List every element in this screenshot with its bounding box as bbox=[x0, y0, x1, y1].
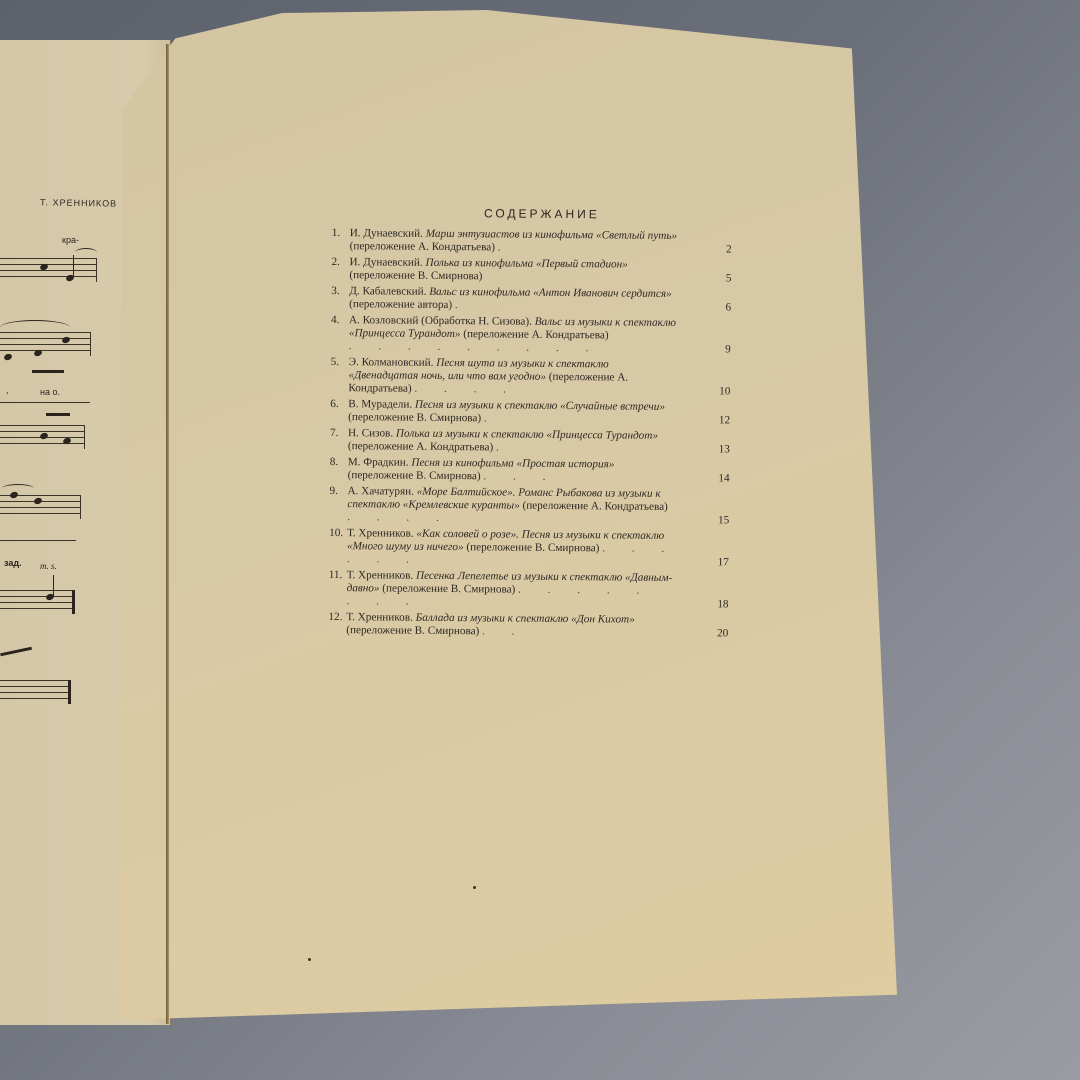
note-beam bbox=[46, 413, 70, 416]
toc-entry: 9. А. Хачатурян. «Море Балтийское». Рома… bbox=[329, 485, 729, 527]
music-note bbox=[3, 353, 13, 361]
page-number: 12 bbox=[680, 414, 730, 427]
page-number: 15 bbox=[679, 514, 729, 527]
note-stem bbox=[73, 255, 74, 277]
toc-entry: 8. М. Фрадкин. Песня из кинофильма «Прос… bbox=[330, 456, 730, 485]
slur-mark bbox=[75, 248, 97, 257]
page-number: 17 bbox=[679, 556, 729, 569]
music-staff bbox=[0, 680, 71, 704]
toc-entry: 5. Э. Колмановский. Песня шута из музыки… bbox=[330, 356, 730, 398]
toc-entry: 10. Т. Хренников. «Как соловей о розе». … bbox=[329, 527, 729, 569]
page-number: 20 bbox=[678, 627, 728, 640]
lyric-syllable: , bbox=[6, 385, 9, 395]
book-spine bbox=[166, 44, 169, 1024]
performance-marking: m. s. bbox=[40, 561, 57, 571]
lyric-syllable: кра- bbox=[62, 235, 79, 245]
toc-entry: 7. Н. Сизов. Полька из музыки к спектакл… bbox=[330, 427, 730, 456]
toc-entry: 3. Д. Кабалевский. Вальс из кинофильма «… bbox=[331, 285, 731, 314]
toc-entry: 6. В. Мурадели. Песня из музыки к спекта… bbox=[330, 398, 730, 427]
bracket-line bbox=[0, 540, 76, 541]
composer-header: Т. ХРЕННИКОВ bbox=[40, 197, 117, 208]
lyric-syllable: зад. bbox=[4, 558, 22, 568]
toc-entry: 2. И. Дунаевский. Полька из кинофильма «… bbox=[331, 256, 731, 285]
page-number: 2 bbox=[682, 243, 732, 256]
music-staff bbox=[0, 590, 75, 614]
table-of-contents: СОДЕРЖАНИЕ 1. И. Дунаевский. Марш энтузи… bbox=[328, 205, 732, 643]
note-stem bbox=[53, 575, 54, 597]
note-beam bbox=[32, 370, 64, 373]
music-staff bbox=[0, 332, 91, 356]
page-number: 6 bbox=[681, 301, 731, 314]
page-number: 9 bbox=[681, 343, 731, 356]
page-number: 18 bbox=[678, 598, 728, 611]
page-number: 14 bbox=[680, 472, 730, 485]
music-staff bbox=[0, 258, 97, 282]
slur-mark bbox=[2, 484, 34, 493]
toc-entry: 1. И. Дунаевский. Марш энтузиастов из ки… bbox=[332, 227, 732, 256]
lyric-syllable: на о. bbox=[40, 387, 60, 397]
staff-divider bbox=[0, 402, 90, 403]
toc-entry: 11. Т. Хренников. Песенка Лепелетье из м… bbox=[328, 569, 728, 611]
paper-speck bbox=[473, 886, 476, 889]
page-number: 10 bbox=[680, 385, 730, 398]
page-number: 5 bbox=[681, 272, 731, 285]
toc-entry: 4. А. Козловский (Обработка Н. Сизова). … bbox=[331, 314, 731, 356]
paper-speck bbox=[308, 958, 311, 961]
page-number: 13 bbox=[680, 443, 730, 456]
toc-entry: 12. Т. Хренников. Баллада из музыки к сп… bbox=[328, 611, 728, 640]
toc-heading: СОДЕРЖАНИЕ bbox=[332, 205, 732, 222]
note-beam bbox=[0, 647, 32, 656]
slur-mark bbox=[0, 320, 70, 335]
